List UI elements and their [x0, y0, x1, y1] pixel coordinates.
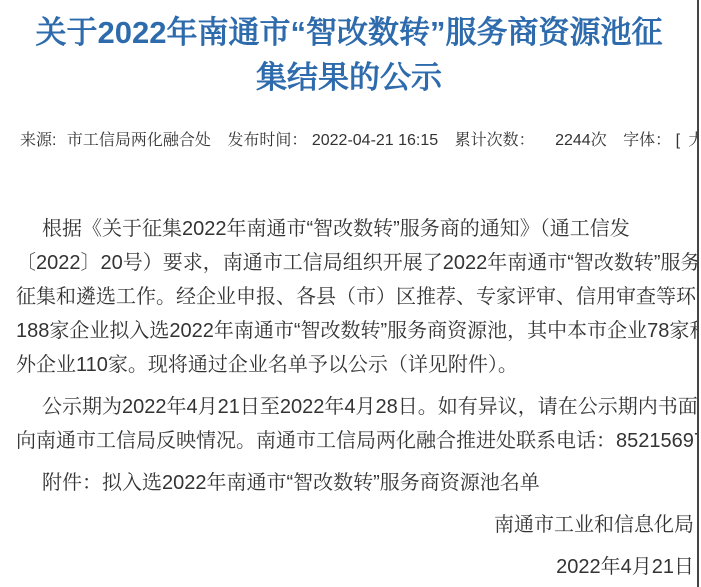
signature-date: 2022年4月21日 — [16, 550, 698, 584]
meta-font-label: 字体： — [623, 132, 671, 149]
meta-count-label: 累计次数： — [455, 132, 535, 149]
font-bracket-open: [ — [676, 132, 680, 149]
attachment-line: 附件：拟入选2022年南通市“智改数转”服务商资源池名单 — [16, 466, 698, 500]
paragraph-attachment: 附件：拟入选2022年南通市“智改数转”服务商资源池名单 — [16, 466, 698, 500]
paragraph-2: 公示期为2022年4月21日至2022年4月28日。如有异议，请在公示期内书面形… — [16, 390, 698, 458]
body-line: 188家企业拟入选2022年南通市“智改数转”服务商资源池，其中本市企业78家和… — [16, 314, 698, 348]
body-line: 〔2022〕20号）要求，南通市工信局组织开展了2022年南通市“智改数转”服务… — [16, 246, 698, 280]
body-line: 外企业110家。现将通过企业名单予以公示（详见附件）。 — [16, 348, 698, 382]
page: 关于2022年南通市“智改数转”服务商资源池征 集结果的公示 来源: 市工信局两… — [0, 0, 701, 587]
body-line: 征集和遴选工作。经企业申报、各县（市）区推荐、专家评审、信用审查等环节， — [16, 280, 698, 314]
meta-source-value: 市工信局两化融合处 — [67, 132, 211, 149]
page-title-line-2: 集结果的公示 — [0, 55, 698, 100]
meta-count-value: 2244次 — [555, 132, 607, 149]
body-line: 向南通市工信局反映情况。南通市工信局两化融合推进处联系电话：85215697。 — [16, 424, 698, 458]
body-line: 公示期为2022年4月21日至2022年4月28日。如有异议，请在公示期内书面形… — [16, 390, 698, 424]
body-line: 根据《关于征集2022年南通市“智改数转”服务商的通知》（通工信发 — [16, 212, 698, 246]
meta-source-label: 来源: — [20, 132, 56, 149]
article-body: 根据《关于征集2022年南通市“智改数转”服务商的通知》（通工信发 〔2022〕… — [16, 212, 698, 584]
page-title-line-1: 关于2022年南通市“智改数转”服务商资源池征 — [0, 10, 698, 55]
page-title: 关于2022年南通市“智改数转”服务商资源池征 集结果的公示 — [0, 10, 698, 100]
content-area: 关于2022年南通市“智改数转”服务商资源池征 集结果的公示 来源: 市工信局两… — [0, 0, 698, 587]
paragraph-1: 根据《关于征集2022年南通市“智改数转”服务商的通知》（通工信发 〔2022〕… — [16, 212, 698, 382]
meta-publish-label: 发布时间： — [227, 132, 307, 149]
signature-organization: 南通市工业和信息化局 — [16, 508, 698, 542]
article-meta: 来源: 市工信局两化融合处 发布时间： 2022-04-21 16:15 累计次… — [20, 127, 698, 150]
meta-publish-value: 2022-04-21 16:15 — [312, 132, 438, 149]
window-right-edge — [697, 0, 699, 587]
